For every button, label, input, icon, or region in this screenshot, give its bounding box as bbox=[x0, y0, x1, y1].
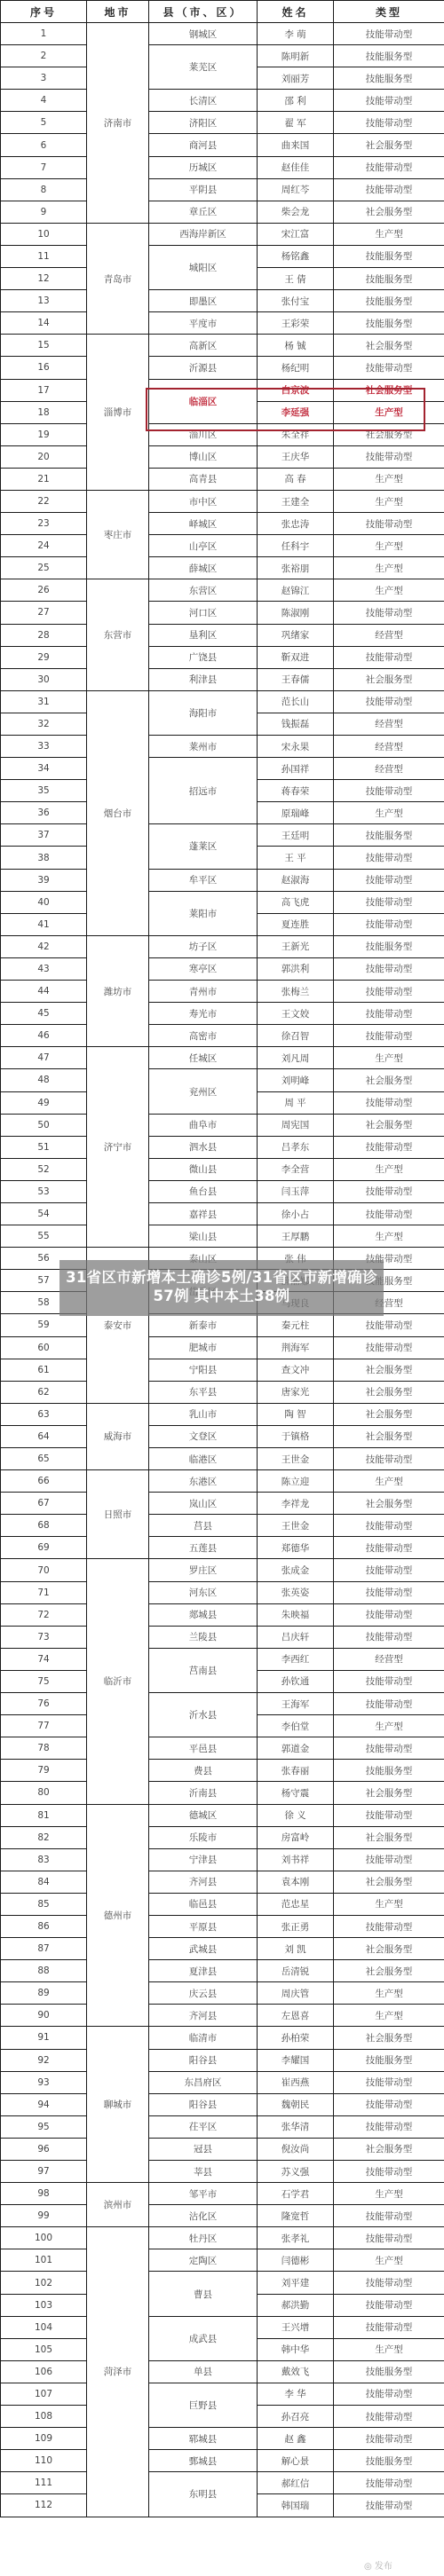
cell-type: 社会服务型 bbox=[334, 1782, 444, 1804]
watermark: ◎ 发布 bbox=[364, 2558, 392, 2572]
cell-name: 邵 利 bbox=[258, 90, 334, 112]
cell-index: 97 bbox=[1, 2161, 87, 2183]
table-row: 16沂源县杨纪明技能带动型 bbox=[1, 357, 444, 379]
cell-index: 43 bbox=[1, 957, 87, 980]
cell-county: 五莲县 bbox=[149, 1537, 258, 1559]
cell-index: 20 bbox=[1, 445, 87, 468]
table-row: 26东营市东营区赵锦江生产型 bbox=[1, 579, 444, 602]
cell-index: 52 bbox=[1, 1158, 87, 1180]
cell-name: 张正勇 bbox=[258, 1915, 334, 1937]
table-row: 8平阴县周红芩技能带动型 bbox=[1, 178, 444, 201]
cell-index: 1 bbox=[1, 23, 87, 45]
cell-index: 3 bbox=[1, 67, 87, 90]
cell-type: 技能带动型 bbox=[334, 1804, 444, 1826]
table-row: 80沂南县杨守震社会服务型 bbox=[1, 1782, 444, 1804]
cell-index: 36 bbox=[1, 802, 87, 824]
cell-index: 77 bbox=[1, 1715, 87, 1737]
cell-county: 乳山市 bbox=[149, 1403, 258, 1425]
cell-name: 陶 智 bbox=[258, 1403, 334, 1425]
cell-name: 秦元柱 bbox=[258, 1314, 334, 1336]
cell-name: 倪汝尚 bbox=[258, 2138, 334, 2160]
cell-county: 薛城区 bbox=[149, 557, 258, 579]
cell-type: 技能带动型 bbox=[334, 2115, 444, 2138]
table-row: 4长清区邵 利技能带动型 bbox=[1, 90, 444, 112]
cell-name: 张裕朋 bbox=[258, 557, 334, 579]
table-row: 5济阳区翟 军技能带动型 bbox=[1, 112, 444, 134]
cell-county: 平度市 bbox=[149, 312, 258, 335]
table-row: 10青岛市西海岸新区宋江富生产型 bbox=[1, 223, 444, 245]
cell-name: 闫玉萍 bbox=[258, 1180, 334, 1202]
cell-name: 周宪国 bbox=[258, 1114, 334, 1136]
cell-type: 生产型 bbox=[334, 1225, 444, 1248]
cell-name: 徐 义 bbox=[258, 1804, 334, 1826]
table-row: 65临港区王世金技能带动型 bbox=[1, 1448, 444, 1470]
cell-name: 李西红 bbox=[258, 1648, 334, 1670]
table-row: 62东平县唐家光社会服务型 bbox=[1, 1381, 444, 1403]
cell-index: 48 bbox=[1, 1069, 87, 1091]
table-row: 17临淄区白京波社会服务型 bbox=[1, 379, 444, 401]
table-row: 99沾化区隆宽哲技能带动型 bbox=[1, 2205, 444, 2227]
cell-name: 苏义强 bbox=[258, 2161, 334, 2183]
cell-county: 沂水县 bbox=[149, 1693, 258, 1737]
cell-county: 宁阳县 bbox=[149, 1359, 258, 1381]
cell-name: 王世金 bbox=[258, 1515, 334, 1537]
cell-index: 42 bbox=[1, 935, 87, 957]
cell-type: 技能带动型 bbox=[334, 869, 444, 891]
cell-name: 王 平 bbox=[258, 847, 334, 869]
cell-name: 李全营 bbox=[258, 1158, 334, 1180]
cell-name: 周红芩 bbox=[258, 178, 334, 201]
cell-type: 社会服务型 bbox=[334, 2138, 444, 2160]
cell-city: 滨州市 bbox=[87, 2183, 149, 2227]
table-row: 14平度市王彩荣技能服务型 bbox=[1, 312, 444, 335]
cell-name: 徐小占 bbox=[258, 1202, 334, 1225]
cell-index: 32 bbox=[1, 713, 87, 735]
cell-county: 郓城县 bbox=[149, 2428, 258, 2450]
cell-type: 技能带动型 bbox=[334, 602, 444, 624]
cell-index: 37 bbox=[1, 824, 87, 847]
cell-index: 12 bbox=[1, 268, 87, 290]
cell-type: 生产型 bbox=[334, 490, 444, 512]
table-row: 48兖州区刘明峰社会服务型 bbox=[1, 1069, 444, 1091]
cell-name: 张忠涛 bbox=[258, 513, 334, 535]
cell-type: 社会服务型 bbox=[334, 1493, 444, 1515]
table-row: 27河口区陈淑刚技能带动型 bbox=[1, 602, 444, 624]
cell-name: 刘 凯 bbox=[258, 1938, 334, 1960]
cell-name: 张春丽 bbox=[258, 1760, 334, 1782]
table-row: 74莒南县李西红经营型 bbox=[1, 1648, 444, 1670]
table-row: 94阳谷县魏朝民技能带动型 bbox=[1, 2093, 444, 2115]
cell-index: 100 bbox=[1, 2227, 87, 2249]
cell-type: 技能带动型 bbox=[334, 913, 444, 935]
cell-index: 107 bbox=[1, 2383, 87, 2405]
table-row: 106单县戴效飞技能服务型 bbox=[1, 2360, 444, 2383]
cell-city: 日照市 bbox=[87, 1470, 149, 1559]
table-row: 59新泰市秦元柱技能带动型 bbox=[1, 1314, 444, 1336]
cell-county: 牡丹区 bbox=[149, 2227, 258, 2249]
cell-county: 郯城县 bbox=[149, 1603, 258, 1626]
cell-name: 戴效飞 bbox=[258, 2360, 334, 2383]
cell-name: 刘平建 bbox=[258, 2272, 334, 2294]
cell-type: 社会服务型 bbox=[334, 134, 444, 156]
cell-type: 技能带动型 bbox=[334, 2272, 444, 2294]
cell-county: 沂南县 bbox=[149, 1782, 258, 1804]
cell-type: 技能带动型 bbox=[334, 1202, 444, 1225]
cell-index: 86 bbox=[1, 1915, 87, 1937]
table-row: 34招远市孙国祥经营型 bbox=[1, 758, 444, 780]
cell-index: 51 bbox=[1, 1136, 87, 1158]
cell-type: 技能带动型 bbox=[334, 445, 444, 468]
cell-county: 曹县 bbox=[149, 2272, 258, 2316]
cell-type: 社会服务型 bbox=[334, 335, 444, 357]
cell-index: 53 bbox=[1, 1180, 87, 1202]
cell-county: 任城区 bbox=[149, 1047, 258, 1069]
table-row: 52微山县李全营生产型 bbox=[1, 1158, 444, 1180]
cell-county: 新泰市 bbox=[149, 1314, 258, 1336]
cell-type: 技能带动型 bbox=[334, 2406, 444, 2428]
cell-county: 沂源县 bbox=[149, 357, 258, 379]
table-row: 42潍坊市坊子区王新光技能服务型 bbox=[1, 935, 444, 957]
cell-type: 社会服务型 bbox=[334, 1826, 444, 1848]
cell-index: 18 bbox=[1, 401, 87, 423]
cell-name: 李伯堂 bbox=[258, 1715, 334, 1737]
cell-name: 查文冲 bbox=[258, 1359, 334, 1381]
table-row: 43寒亭区郭洪利技能带动型 bbox=[1, 957, 444, 980]
cell-type: 技能带动型 bbox=[334, 2472, 444, 2494]
cell-name: 陈明新 bbox=[258, 45, 334, 67]
cell-county: 莘县 bbox=[149, 2161, 258, 2183]
cell-name: 蒋春荣 bbox=[258, 780, 334, 802]
table-row: 72郯城县朱映福技能带动型 bbox=[1, 1603, 444, 1626]
cell-city: 聊城市 bbox=[87, 2027, 149, 2183]
table-row: 1济南市钢城区李 萌技能带动型 bbox=[1, 23, 444, 45]
cell-name: 周庆管 bbox=[258, 1982, 334, 2005]
cell-name: 王世金 bbox=[258, 1448, 334, 1470]
cell-county: 钢城区 bbox=[149, 23, 258, 45]
table-row: 101定陶区闫德彬生产型 bbox=[1, 2249, 444, 2272]
cell-county: 鱼台县 bbox=[149, 1180, 258, 1202]
table-row: 9章丘区柴会龙社会服务型 bbox=[1, 201, 444, 223]
cell-type: 生产型 bbox=[334, 1470, 444, 1493]
cell-name: 刘明峰 bbox=[258, 1069, 334, 1091]
cell-county: 冠县 bbox=[149, 2138, 258, 2160]
cell-index: 106 bbox=[1, 2360, 87, 2383]
cell-county: 阳谷县 bbox=[149, 2093, 258, 2115]
table-row: 45寿光市王文姣技能带动型 bbox=[1, 1003, 444, 1025]
cell-type: 社会服务型 bbox=[334, 2027, 444, 2049]
cell-county: 微山县 bbox=[149, 1158, 258, 1180]
table-row: 13即墨区张付宝技能服务型 bbox=[1, 290, 444, 312]
cell-index: 66 bbox=[1, 1470, 87, 1493]
table-row: 96冠县倪汝尚社会服务型 bbox=[1, 2138, 444, 2160]
cell-index: 11 bbox=[1, 245, 87, 267]
cell-index: 78 bbox=[1, 1737, 87, 1760]
cell-county: 武城县 bbox=[149, 1938, 258, 1960]
cell-type: 技能带动型 bbox=[334, 2428, 444, 2450]
cell-county: 巨野县 bbox=[149, 2383, 258, 2427]
table-row: 51泗水县吕孝东技能带动型 bbox=[1, 1136, 444, 1158]
cell-type: 技能带动型 bbox=[334, 1626, 444, 1648]
cell-index: 15 bbox=[1, 335, 87, 357]
cell-county: 平阴县 bbox=[149, 178, 258, 201]
cell-index: 103 bbox=[1, 2294, 87, 2316]
cell-index: 60 bbox=[1, 1336, 87, 1359]
cell-name: 李祥龙 bbox=[258, 1493, 334, 1515]
cell-index: 67 bbox=[1, 1493, 87, 1515]
table-header-row: 序号 地市 县（市、区） 姓名 类型 bbox=[1, 1, 444, 23]
cell-type: 技能带动型 bbox=[334, 112, 444, 134]
cell-index: 23 bbox=[1, 513, 87, 535]
cell-county: 德城区 bbox=[149, 1804, 258, 1826]
table-row: 68莒县王世金技能带动型 bbox=[1, 1515, 444, 1537]
cell-name: 徐召智 bbox=[258, 1025, 334, 1047]
cell-name: 李延强 bbox=[258, 401, 334, 423]
cell-type: 社会服务型 bbox=[334, 423, 444, 445]
cell-type: 技能带动型 bbox=[334, 357, 444, 379]
cell-index: 74 bbox=[1, 1648, 87, 1670]
cell-name: 杨 铖 bbox=[258, 335, 334, 357]
cell-name: 原瑞峰 bbox=[258, 802, 334, 824]
cell-index: 33 bbox=[1, 736, 87, 758]
cell-city: 济宁市 bbox=[87, 1047, 149, 1248]
cell-name: 张英姿 bbox=[258, 1581, 334, 1603]
cell-type: 社会服务型 bbox=[334, 1381, 444, 1403]
cell-type: 生产型 bbox=[334, 1893, 444, 1915]
cell-type: 生产型 bbox=[334, 468, 444, 490]
cell-name: 石学君 bbox=[258, 2183, 334, 2205]
cell-type: 社会服务型 bbox=[334, 379, 444, 401]
table-row: 63威海市乳山市陶 智社会服务型 bbox=[1, 1403, 444, 1425]
table-row: 88夏津县岳清锐社会服务型 bbox=[1, 1960, 444, 1982]
table-row: 93东昌府区崔西燕技能带动型 bbox=[1, 2071, 444, 2093]
cell-index: 35 bbox=[1, 780, 87, 802]
cell-index: 70 bbox=[1, 1559, 87, 1581]
watermark-text: 发布 bbox=[375, 2562, 392, 2572]
cell-name: 孙柏荣 bbox=[258, 2027, 334, 2049]
cell-name: 靳双进 bbox=[258, 646, 334, 668]
table-row: 95茌平区张华清技能带动型 bbox=[1, 2115, 444, 2138]
cell-type: 技能带动型 bbox=[334, 780, 444, 802]
cell-county: 济阳区 bbox=[149, 112, 258, 134]
cell-index: 93 bbox=[1, 2071, 87, 2093]
cell-name: 杨铭鑫 bbox=[258, 245, 334, 267]
cell-name: 吕孝东 bbox=[258, 1136, 334, 1158]
cell-name: 孙钦通 bbox=[258, 1670, 334, 1692]
cell-type: 技能带动型 bbox=[334, 646, 444, 668]
cell-county: 单县 bbox=[149, 2360, 258, 2383]
cell-city: 青岛市 bbox=[87, 223, 149, 334]
cell-type: 技能带动型 bbox=[334, 178, 444, 201]
cell-county: 即墨区 bbox=[149, 290, 258, 312]
table-row: 55梁山县王厚鹏生产型 bbox=[1, 1225, 444, 1248]
cell-county: 高新区 bbox=[149, 335, 258, 357]
cell-type: 技能带动型 bbox=[334, 2294, 444, 2316]
cell-type: 技能带动型 bbox=[334, 1448, 444, 1470]
table-row: 98滨州市邹平市石学君生产型 bbox=[1, 2183, 444, 2205]
cell-county: 临港区 bbox=[149, 1448, 258, 1470]
cell-name: 范忠星 bbox=[258, 1893, 334, 1915]
cell-county: 河东区 bbox=[149, 1581, 258, 1603]
cell-type: 生产型 bbox=[334, 1715, 444, 1737]
cell-index: 46 bbox=[1, 1025, 87, 1047]
cell-type: 技能服务型 bbox=[334, 67, 444, 90]
cell-index: 110 bbox=[1, 2450, 87, 2472]
cell-type: 技能服务型 bbox=[334, 2049, 444, 2071]
cell-index: 65 bbox=[1, 1448, 87, 1470]
table-row: 87武城县刘 凯社会服务型 bbox=[1, 1938, 444, 1960]
cell-index: 98 bbox=[1, 2183, 87, 2205]
cell-type: 技能带动型 bbox=[334, 2161, 444, 2183]
header-county: 县（市、区） bbox=[149, 1, 258, 23]
table-row: 44青州市张梅兰技能带动型 bbox=[1, 981, 444, 1003]
table-row: 29广饶县靳双进技能带动型 bbox=[1, 646, 444, 668]
cell-county: 罗庄区 bbox=[149, 1559, 258, 1581]
table-row: 90齐河县左恩喜生产型 bbox=[1, 2005, 444, 2027]
cell-index: 89 bbox=[1, 1982, 87, 2005]
cell-index: 8 bbox=[1, 178, 87, 201]
cell-index: 108 bbox=[1, 2406, 87, 2428]
table-row: 30利津县王春儒社会服务型 bbox=[1, 668, 444, 690]
table-row: 37蓬莱区王廷明技能服务型 bbox=[1, 824, 444, 847]
cell-type: 技能带动型 bbox=[334, 2383, 444, 2405]
cell-index: 92 bbox=[1, 2049, 87, 2071]
cell-county: 肥城市 bbox=[149, 1336, 258, 1359]
table-row: 20博山区王庆华技能带动型 bbox=[1, 445, 444, 468]
cell-county: 寿光市 bbox=[149, 1003, 258, 1025]
table-row: 73兰陵县吕庆轩技能带动型 bbox=[1, 1626, 444, 1648]
table-row: 31烟台市海阳市范长山技能带动型 bbox=[1, 690, 444, 713]
cell-name: 郝红信 bbox=[258, 2472, 334, 2494]
cell-name: 朱全祥 bbox=[258, 423, 334, 445]
cell-name: 孙国祥 bbox=[258, 758, 334, 780]
cell-type: 技能服务型 bbox=[334, 935, 444, 957]
cell-type: 技能服务型 bbox=[334, 824, 444, 847]
cell-name: 王文姣 bbox=[258, 1003, 334, 1025]
table-row: 102曹县刘平建技能带动型 bbox=[1, 2272, 444, 2294]
cell-index: 2 bbox=[1, 45, 87, 67]
cell-county: 平原县 bbox=[149, 1915, 258, 1937]
cell-type: 社会服务型 bbox=[334, 1114, 444, 1136]
cell-type: 技能服务型 bbox=[334, 268, 444, 290]
cell-county: 临清市 bbox=[149, 2027, 258, 2049]
cell-index: 28 bbox=[1, 624, 87, 646]
cell-name: 李 华 bbox=[258, 2383, 334, 2405]
cell-index: 62 bbox=[1, 1381, 87, 1403]
cell-county: 招远市 bbox=[149, 758, 258, 824]
cell-name: 夏连胜 bbox=[258, 913, 334, 935]
header-type: 类型 bbox=[334, 1, 444, 23]
table-row: 15淄博市高新区杨 铖社会服务型 bbox=[1, 335, 444, 357]
cell-index: 10 bbox=[1, 223, 87, 245]
table-row: 107巨野县李 华技能带动型 bbox=[1, 2383, 444, 2405]
cell-type: 技能带动型 bbox=[334, 2205, 444, 2227]
cell-type: 技能带动型 bbox=[334, 1336, 444, 1359]
cell-index: 27 bbox=[1, 602, 87, 624]
cell-type: 技能服务型 bbox=[334, 312, 444, 335]
cell-index: 49 bbox=[1, 1091, 87, 1114]
cell-type: 技能服务型 bbox=[334, 45, 444, 67]
table-row: 79费县张春丽技能服务型 bbox=[1, 1760, 444, 1782]
cell-name: 宋江富 bbox=[258, 223, 334, 245]
cell-type: 技能带动型 bbox=[334, 513, 444, 535]
cell-county: 东营区 bbox=[149, 579, 258, 602]
table-row: 7历城区赵佳佳技能带动型 bbox=[1, 156, 444, 178]
cell-type: 技能带动型 bbox=[334, 1737, 444, 1760]
cell-index: 63 bbox=[1, 1403, 87, 1425]
cell-type: 技能带动型 bbox=[334, 1515, 444, 1537]
cell-name: 李耀国 bbox=[258, 2049, 334, 2071]
table-row: 50曲阜市周宪国社会服务型 bbox=[1, 1114, 444, 1136]
cell-type: 社会服务型 bbox=[334, 1960, 444, 1982]
cell-name: 曲来国 bbox=[258, 134, 334, 156]
table-row: 60肥城市荆海军技能带动型 bbox=[1, 1336, 444, 1359]
weibo-icon: ◎ bbox=[364, 2562, 372, 2572]
cell-county: 夏津县 bbox=[149, 1960, 258, 1982]
cell-county: 西海岸新区 bbox=[149, 223, 258, 245]
cell-name: 左恩喜 bbox=[258, 2005, 334, 2027]
cell-county: 市中区 bbox=[149, 490, 258, 512]
cell-index: 7 bbox=[1, 156, 87, 178]
cell-type: 技能带动型 bbox=[334, 90, 444, 112]
cell-name: 王兴增 bbox=[258, 2316, 334, 2338]
cell-index: 41 bbox=[1, 913, 87, 935]
cell-index: 5 bbox=[1, 112, 87, 134]
cell-name: 郭道金 bbox=[258, 1737, 334, 1760]
cell-index: 25 bbox=[1, 557, 87, 579]
cell-name: 王彩荣 bbox=[258, 312, 334, 335]
cell-type: 技能带动型 bbox=[334, 23, 444, 45]
table-row: 64文登区于镇格社会服务型 bbox=[1, 1425, 444, 1447]
table-row: 66日照市东港区陈立迎生产型 bbox=[1, 1470, 444, 1493]
cell-index: 39 bbox=[1, 869, 87, 891]
cell-county: 博山区 bbox=[149, 445, 258, 468]
cell-name: 柴会龙 bbox=[258, 201, 334, 223]
cell-index: 34 bbox=[1, 758, 87, 780]
table-row: 97莘县苏义强技能带动型 bbox=[1, 2161, 444, 2183]
cell-county: 山亭区 bbox=[149, 535, 258, 557]
cell-type: 生产型 bbox=[334, 557, 444, 579]
cell-index: 104 bbox=[1, 2316, 87, 2338]
table-row: 71河东区张英姿技能带动型 bbox=[1, 1581, 444, 1603]
cell-index: 80 bbox=[1, 1782, 87, 1804]
cell-name: 孙召亮 bbox=[258, 2406, 334, 2428]
cell-name: 魏朝民 bbox=[258, 2093, 334, 2115]
cell-name: 张孝礼 bbox=[258, 2227, 334, 2249]
cell-type: 生产型 bbox=[334, 2338, 444, 2360]
cell-index: 91 bbox=[1, 2027, 87, 2049]
cell-name: 王厚鹏 bbox=[258, 1225, 334, 1248]
cell-index: 14 bbox=[1, 312, 87, 335]
cell-name: 赵 鑫 bbox=[258, 2428, 334, 2450]
cell-name: 王 倩 bbox=[258, 268, 334, 290]
cell-type: 技能带动型 bbox=[334, 1136, 444, 1158]
table-row: 28垦利区巩绪家经营型 bbox=[1, 624, 444, 646]
cell-type: 技能带动型 bbox=[334, 957, 444, 980]
header-name: 姓名 bbox=[258, 1, 334, 23]
cell-type: 技能带动型 bbox=[334, 2494, 444, 2517]
cell-county: 东平县 bbox=[149, 1381, 258, 1403]
table-row: 85临邑县范忠星生产型 bbox=[1, 1893, 444, 1915]
table-row: 24山亭区任科宇生产型 bbox=[1, 535, 444, 557]
cell-index: 88 bbox=[1, 1960, 87, 1982]
cell-county: 城阳区 bbox=[149, 245, 258, 289]
cell-type: 技能带动型 bbox=[334, 1581, 444, 1603]
cell-city: 菏泽市 bbox=[87, 2227, 149, 2517]
table-row: 54嘉祥县徐小占技能带动型 bbox=[1, 1202, 444, 1225]
cell-county: 牟平区 bbox=[149, 869, 258, 891]
cell-index: 68 bbox=[1, 1515, 87, 1537]
cell-index: 96 bbox=[1, 2138, 87, 2160]
